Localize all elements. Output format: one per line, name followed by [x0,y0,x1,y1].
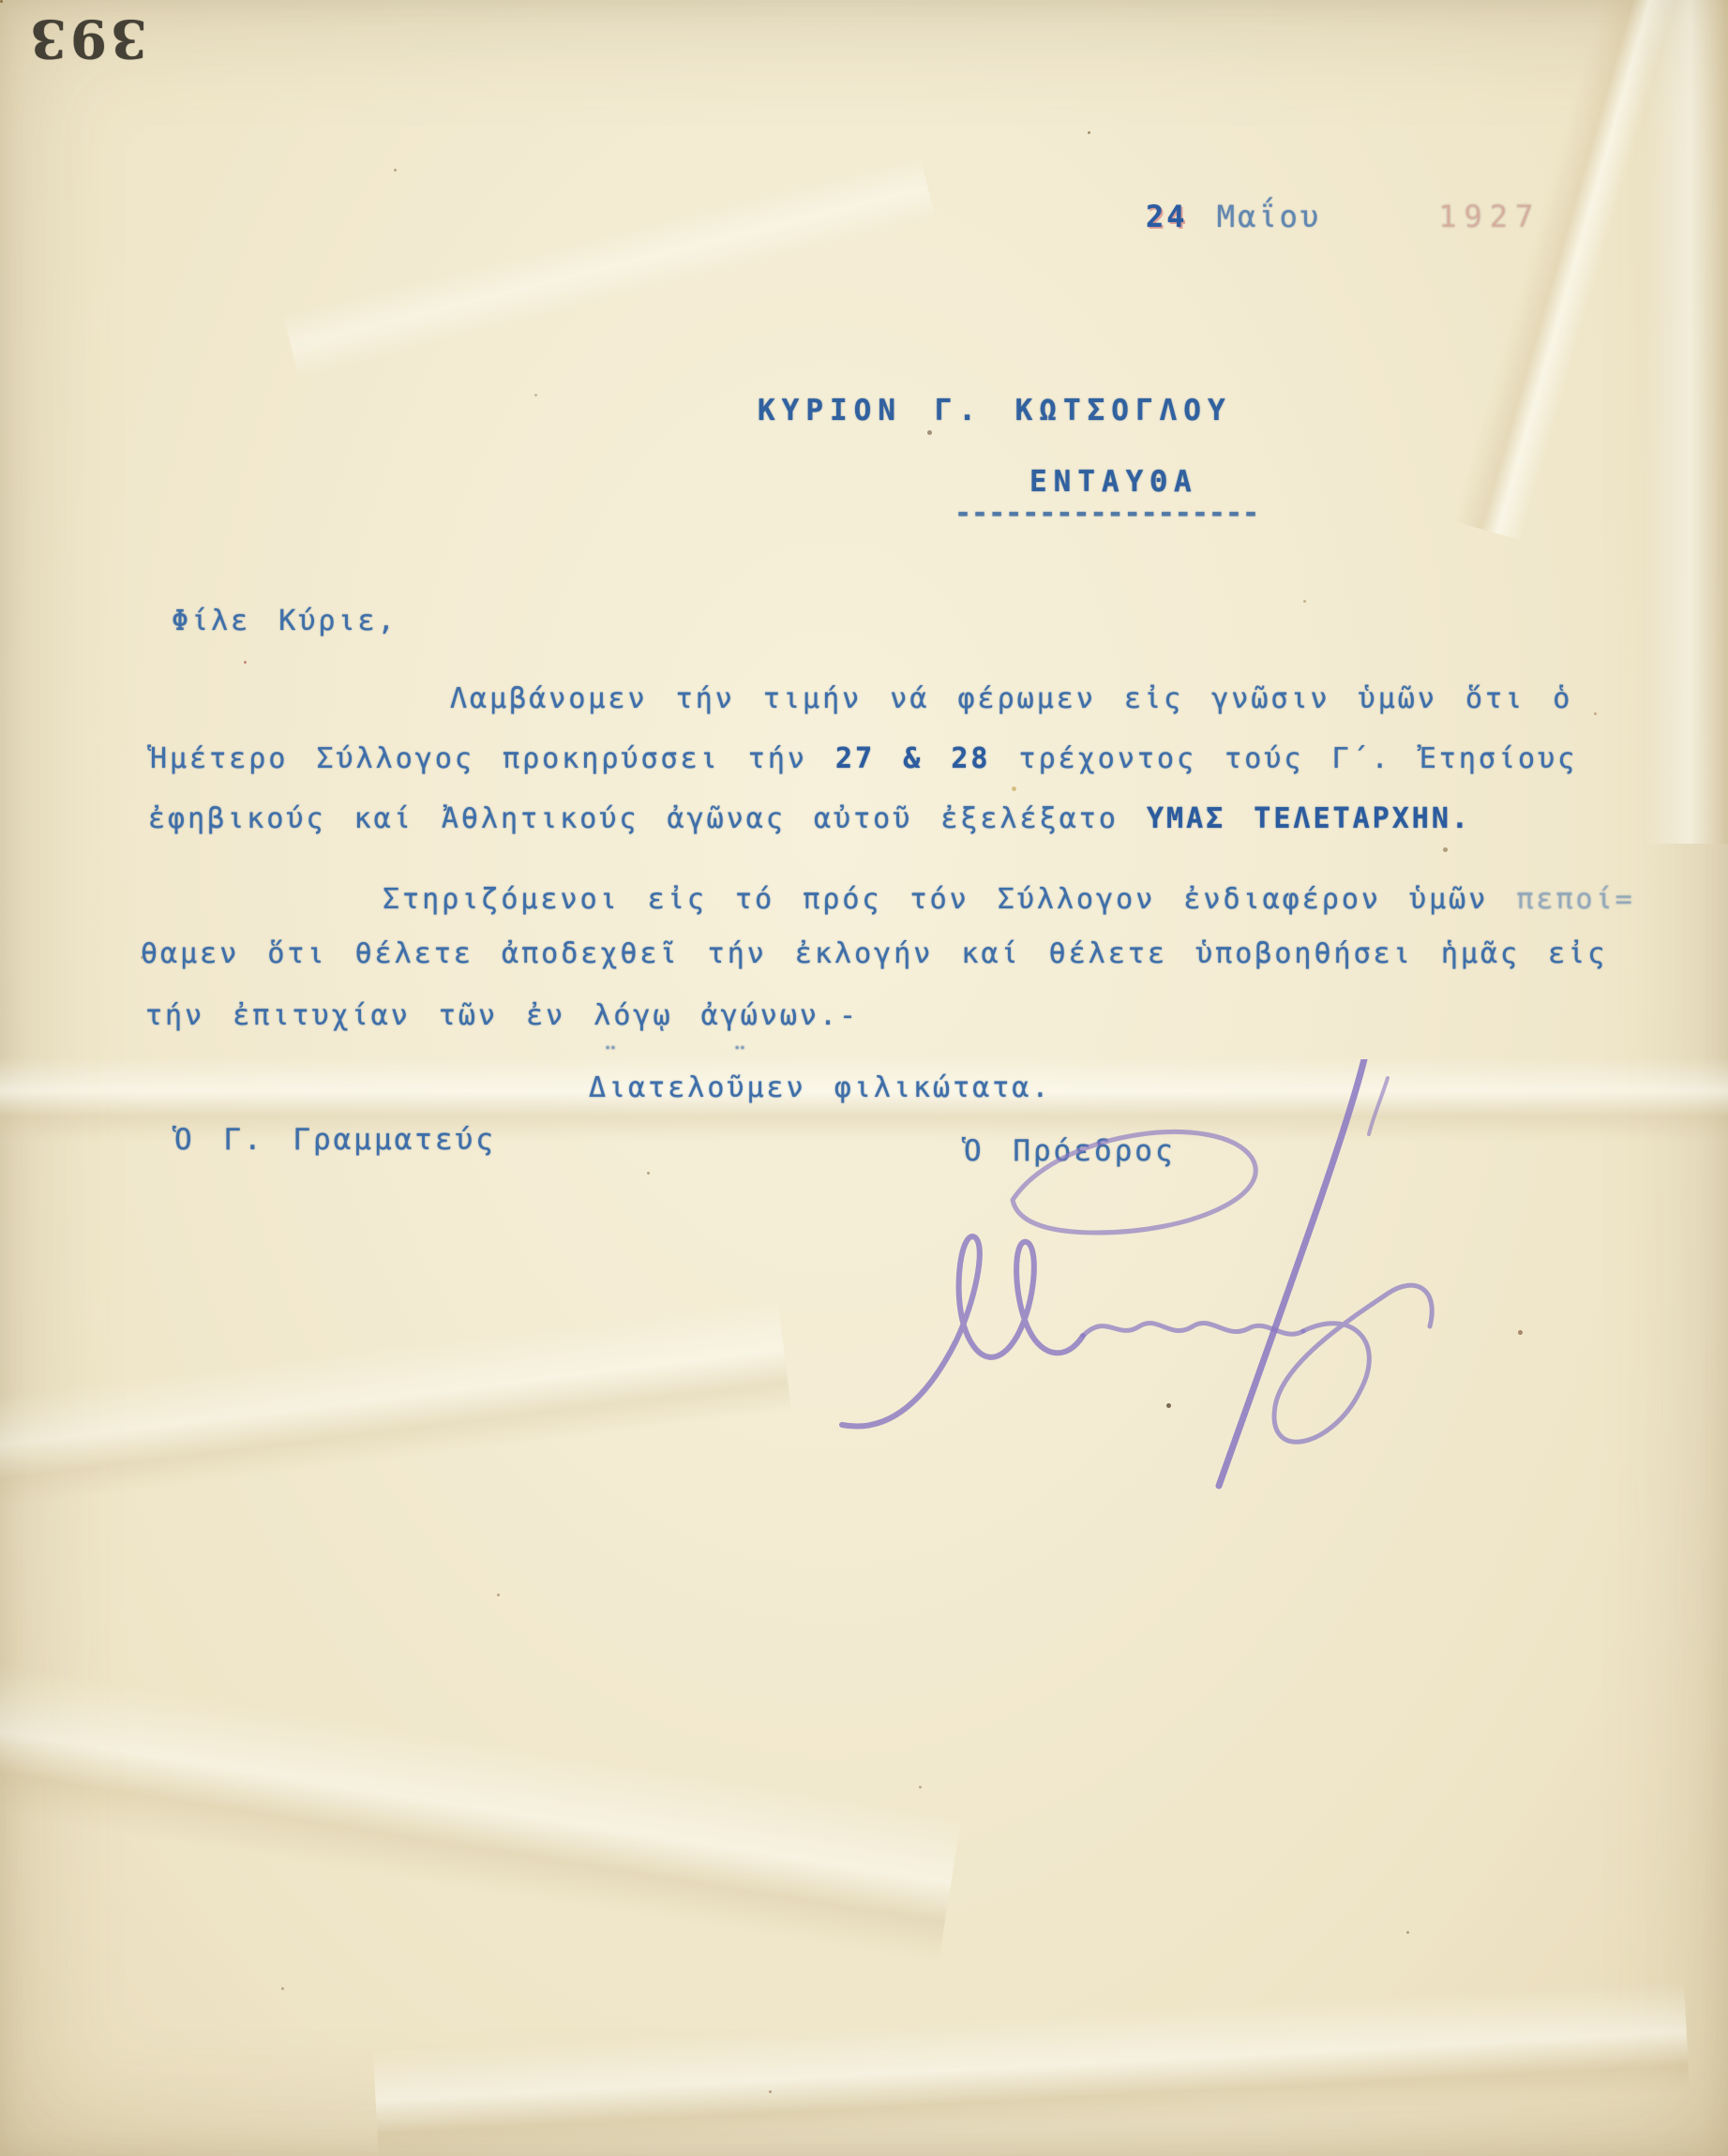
closing-line: Διατελοῦμεν φιλικώτατα. [589,1071,1051,1104]
role-emphasis: ΥΜΑΣ ΤΕΛΕΤΑΡΧΗΝ. [1147,802,1471,835]
place-line: ΕΝΤΑΥΘΑ [1029,465,1198,499]
salutation: Φίλε Κύριε, [172,605,398,637]
body-line: Ἡμέτερο Σύλλογος προκηρύσσει τήν 27 & 28… [150,742,1577,775]
archive-number-stamp: 393 [26,7,147,69]
date-year: 1927 [1438,199,1540,234]
date-line: 24 Μαΐου 1927 [1146,199,1540,234]
date-day: 24 [1146,199,1188,234]
body-text: ἐφηβικούς καί Ἀθλητικούς ἀγῶνας αὐτοῦ ἐξ… [148,802,1147,835]
paper-speckles [0,0,3,3]
body-line: θαμεν ὅτι θέλετε ἀποδεχθεῖ τήν ἐκλογήν κ… [141,937,1607,970]
secretary-label: Ὁ Γ. Γραμματεύς [174,1123,496,1157]
body-line: ἐφηβικούς καί Ἀθλητικούς ἀγῶνας αὐτοῦ ἐξ… [148,802,1471,835]
stray-ink-marks: ¨¨ [602,1042,861,1075]
date-month: Μαΐου [1217,199,1321,234]
recipient-line: ΚΥΡΙΟΝ Γ. ΚΩΤΣΟΓΛΟΥ [758,394,1232,427]
dates-emphasis: 27 & 28 [835,742,990,775]
body-text: Ἡμέτερο Σύλλογος προκηρύσσει τήν [150,742,835,775]
faded-text: πεποί= [1516,883,1634,916]
body-text: τρέχοντος τούς Γ΄. Ἐτησίους [990,742,1577,775]
body-line: Στηριζόμενοι εἰς τό πρός τόν Σύλλογον ἐν… [383,883,1635,916]
place-underline: ------------------ [954,497,1259,530]
body-line: Λαμβάνομεν τήν τιμήν νά φέρωμεν εἰς γνῶσ… [450,682,1572,715]
president-label: Ὁ Πρόεδρος [964,1134,1176,1168]
body-text: Στηριζόμενοι εἰς τό πρός τόν Σύλλογον ἐν… [383,883,1516,916]
body-line: τήν ἐπιτυχίαν τῶν ἐν λόγῳ ἀγώνων.- [145,999,859,1032]
